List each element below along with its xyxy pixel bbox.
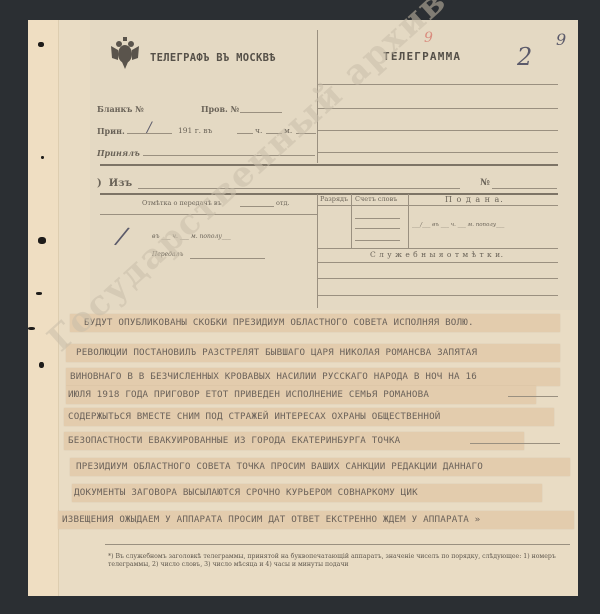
service-marks-header: С л у ж е б н ы я о т м ѣ т к и. [370, 250, 503, 259]
field-line [138, 188, 460, 189]
rule [318, 84, 558, 85]
message-line-6: БЕЗОПАСТНОСТИ ЕВАКУИРОВАННЫЕ ИЗ ГОРОДА Е… [68, 432, 400, 450]
stain [38, 42, 44, 47]
rule [318, 130, 558, 131]
message-line-9: ИЗВЕЩЕНИЯ ОЖЫДАЕМ У АППАРАТА ПРОСИМ ДАТ … [62, 511, 480, 529]
schet-slov-header: Счетъ словъ [355, 195, 397, 203]
field-line [190, 258, 265, 259]
number-label: № [480, 178, 490, 188]
podana-header: П о д а н а. [445, 195, 504, 204]
paren: ) [97, 178, 102, 189]
stain [39, 362, 44, 368]
prov-label: Пров. № [201, 104, 239, 114]
field-line [492, 188, 557, 189]
telegram-title: ТЕЛЕГРАММА [383, 50, 461, 63]
iz-text: Изъ [109, 178, 133, 189]
peredal-label: Передалъ [152, 251, 183, 258]
rule [355, 228, 400, 229]
rule [100, 214, 317, 215]
podana-time: ___/___ въ ___ ч. ___ м. пополу___ [412, 222, 504, 228]
message-line-7: ПРЕЗИДИУМ ОБЛАСТНОГО СОВЕТА ТОЧКА ПРОСИМ… [76, 458, 483, 476]
message-line-8: ДОКУМЕНТЫ ЗАГОВОРА ВЫСЫЛАЮТСЯ СРОЧНО КУР… [74, 484, 418, 502]
rule [318, 278, 558, 279]
message-line-5: СОДЕРЖЫТЬСЯ ВМЕСТЕ СНИМ ПОД СТРАЖЕЙ ИНТЕ… [68, 408, 441, 426]
year-label: 191 г. въ [178, 126, 212, 135]
field-line [143, 155, 315, 156]
razryad-header: Разрядъ [320, 195, 348, 203]
otd-label: отд. [276, 199, 290, 207]
divider [408, 194, 409, 248]
blank-label: Бланкъ № [97, 104, 144, 114]
field-line [240, 112, 282, 113]
section-rule [100, 164, 558, 166]
rule [105, 544, 570, 545]
iz-label: ) Изъ [97, 178, 132, 189]
rule [508, 396, 558, 397]
message-line-2: РЕВОЛЮЦИИ ПОСТАНОВИЛЪ РАЗСТРЕЛЯТ БЫВШАГО… [76, 344, 477, 362]
minutes-label: м. [284, 126, 292, 135]
rule [355, 218, 400, 219]
field-line [266, 133, 282, 134]
stain [36, 292, 42, 295]
prinyal-label: Принялъ [97, 148, 140, 158]
rule [355, 240, 400, 241]
message-line-3: ВИНОВНАГО В В БЕЗЧИСЛЕННЫХ КРОВАВЫХ НАСИ… [70, 368, 477, 386]
double-headed-eagle-icon [110, 36, 140, 70]
telegraph-office-header: ТЕЛЕГРАФЪ ВЪ МОСКВѢ [150, 52, 276, 64]
stain [28, 327, 35, 330]
divider [351, 194, 352, 248]
message-line-1: БУДУТ ОПУБЛИКОВАНЫ СКОБКИ ПРЕЗИДИУМ ОБЛА… [84, 314, 474, 332]
time-label: въ ___ ч. ___ м. пополу___ [152, 233, 231, 240]
footnote: *) Въ служебномъ заголовкѣ телеграммы, п… [108, 553, 568, 569]
hours-label: ч. [255, 126, 262, 135]
handwritten-page-number: 9 [556, 30, 566, 49]
divider [317, 30, 318, 163]
rule [318, 152, 558, 153]
prin-label: Прин. [97, 126, 125, 136]
stain [41, 156, 44, 159]
field-line [237, 133, 253, 134]
otmetka-label: Отмѣтка о передачѣ въ [142, 199, 222, 207]
rule [470, 443, 560, 444]
field-line [296, 133, 316, 134]
handwritten-number: 2 [517, 43, 532, 71]
rule [318, 248, 558, 249]
rule [318, 205, 558, 206]
stain [38, 237, 46, 244]
field-line [240, 206, 274, 207]
rule [318, 262, 558, 263]
rule [318, 108, 558, 109]
divider [317, 194, 318, 308]
left-margin-strip [28, 20, 59, 596]
handwritten-slash: / [147, 120, 152, 136]
handwritten-red-mark: 9 [424, 30, 433, 46]
message-line-4: ИЮЛЯ 1918 ГОДА ПРИГОВОР ЕТОТ ПРИВЕДЕН ИС… [68, 386, 429, 404]
rule [318, 295, 558, 296]
